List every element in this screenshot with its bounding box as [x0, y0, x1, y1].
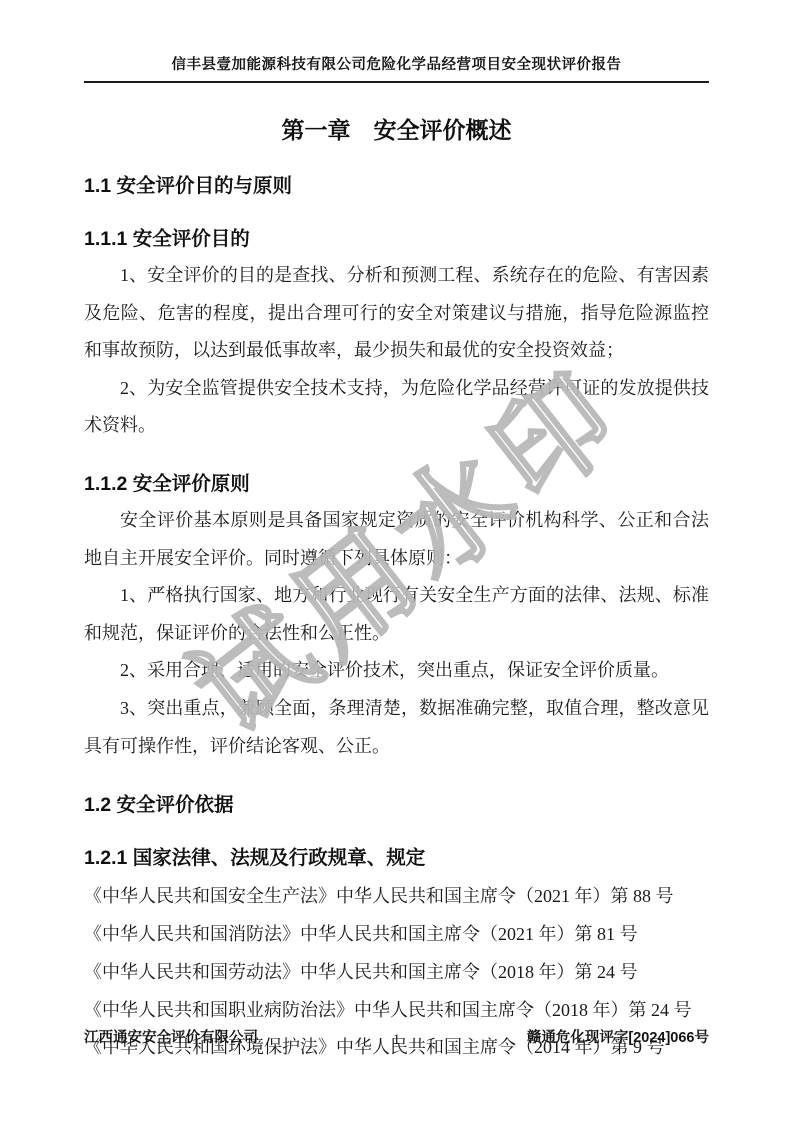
body-paragraph: 3、突出重点，兼顾全面，条理清楚，数据准确完整，取值合理，整改意见具有可操作性，… [84, 690, 709, 765]
body-paragraph: 1、安全评价的目的是查找、分析和预测工程、系统存在的危险、有害因素及危险、危害的… [84, 257, 709, 370]
document-page: 信丰县壹加能源科技有限公司危险化学品经营项目安全现状评价报告 第一章 安全评价概… [0, 0, 793, 1122]
section-heading-1-2-1: 1.2.1 国家法律、法规及行政规章、规定 [84, 844, 709, 872]
footer-document-number: 赣通危化现评字[2024]066号 [527, 1026, 709, 1050]
law-item: 《中华人民共和国劳动法》中华人民共和国主席令（2018 年）第 24 号 [84, 954, 709, 992]
section-heading-1-1-2: 1.1.2 安全评价原则 [84, 470, 709, 498]
body-paragraph: 1、严格执行国家、地方和行业现行有关安全生产方面的法律、法规、标准和规范，保证评… [84, 577, 709, 652]
law-item: 《中华人民共和国安全生产法》中华人民共和国主席令（2021 年）第 88 号 [84, 878, 709, 916]
body-paragraph: 安全评价基本原则是具备国家规定资质的安全评价机构科学、公正和合法地自主开展安全评… [84, 502, 709, 577]
section-heading-1-2: 1.2 安全评价依据 [84, 791, 709, 819]
chapter-title: 第一章 安全评价概述 [84, 114, 709, 146]
section-heading-1-1-1: 1.1.1 安全评价目的 [84, 225, 709, 253]
law-item: 《中华人民共和国消防法》中华人民共和国主席令（2021 年）第 81 号 [84, 916, 709, 954]
law-item: 《中华人民共和国职业病防治法》中华人民共和国主席令（2018 年）第 24 号 [84, 992, 709, 1030]
page-header: 信丰县壹加能源科技有限公司危险化学品经营项目安全现状评价报告 [84, 0, 709, 83]
body-paragraph: 2、为安全监管提供安全技术支持，为危险化学品经营许可证的发放提供技术资料。 [84, 370, 709, 445]
body-paragraph: 2、采用合理、适用的安全评价技术，突出重点，保证安全评价质量。 [84, 652, 709, 690]
section-heading-1-1: 1.1 安全评价目的与原则 [84, 172, 709, 200]
page-footer: 江西通安安全评价有限公司 1 赣通危化现评字[2024]066号 [84, 1026, 709, 1050]
